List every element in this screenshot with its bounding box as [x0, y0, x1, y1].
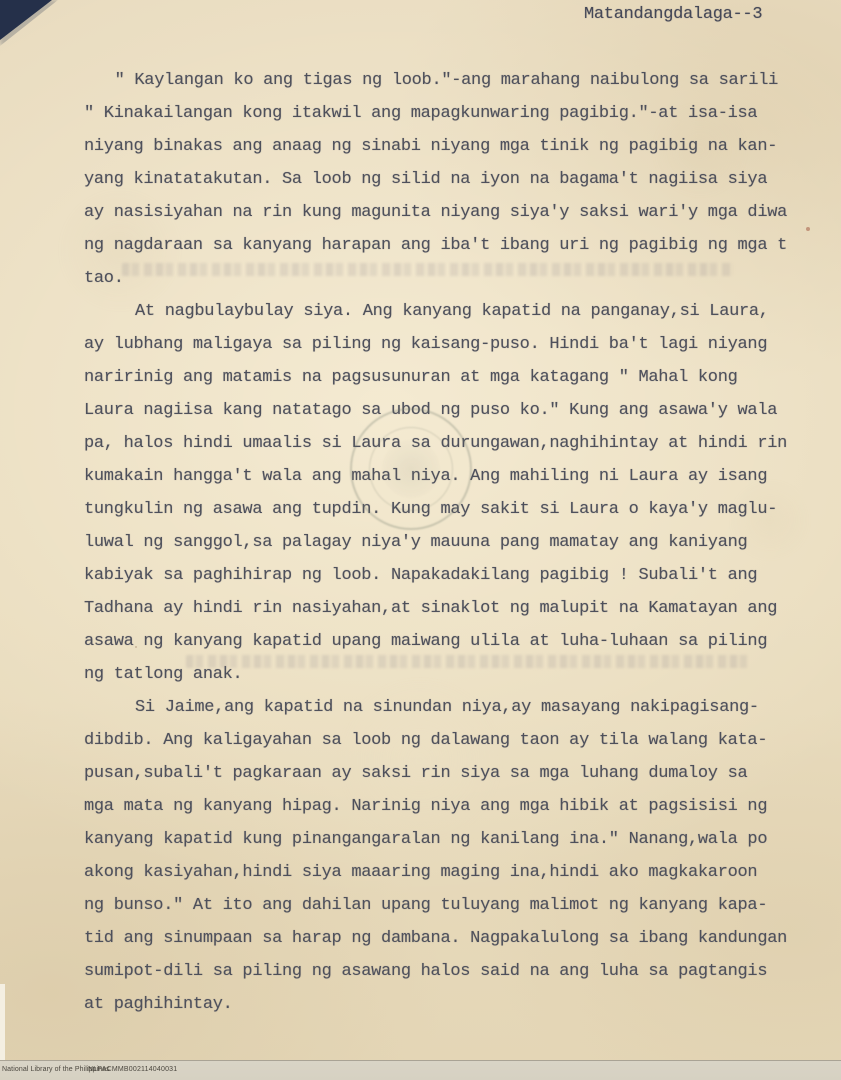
- text-line: akong kasiyahan,hindi siya maaaring magi…: [84, 856, 814, 889]
- text-line: " Kinakailangan kong itakwil ang mapagku…: [84, 97, 814, 130]
- text-line: Tadhana ay hindi rin nasiyahan,at sinakl…: [84, 592, 814, 625]
- page-title: Matandangdalaga--3: [584, 5, 762, 24]
- paper-speck: [806, 227, 810, 231]
- erased-text-line: [186, 655, 752, 668]
- text-line: mga mata ng kanyang hipag. Narinig niya …: [84, 790, 814, 823]
- item-id-label: NLPACMMB002114040031: [88, 1066, 177, 1073]
- text-line: " Kaylangan ko ang tigas ng loob."-ang m…: [84, 64, 814, 97]
- text-line: At nagbulaybulay siya. Ang kanyang kapat…: [84, 295, 814, 328]
- scan-edge-sliver: [0, 984, 5, 1062]
- text-line: ng nagdaraan sa kanyang harapan ang iba'…: [84, 229, 814, 262]
- library-stamp-icon: [350, 408, 472, 530]
- text-line: ng bunso." At ito ang dahilan upang tulu…: [84, 889, 814, 922]
- text-line: kabiyak sa paghihirap ng loob. Napakadak…: [84, 559, 814, 592]
- text-line: tid ang sinumpaan sa harap ng dambana. N…: [84, 922, 814, 955]
- text-line: sumipot-dili sa piling ng asawang halos …: [84, 955, 814, 988]
- paragraph: " Kaylangan ko ang tigas ng loob."-ang m…: [84, 64, 814, 295]
- text-line: asawa ng kanyang kapatid upang maiwang u…: [84, 625, 814, 658]
- typescript-text: " Kaylangan ko ang tigas ng loob."-ang m…: [84, 64, 814, 1021]
- text-line: yang kinatatakutan. Sa loob ng silid na …: [84, 163, 814, 196]
- paragraph: Si Jaime,ang kapatid na sinundan niya,ay…: [84, 691, 814, 1021]
- scanned-typescript-page: { "page": { "header": "Matandangdalaga--…: [0, 0, 841, 1080]
- text-line: kanyang kapatid kung pinangangaralan ng …: [84, 823, 814, 856]
- text-line: at paghihintay.: [84, 988, 814, 1021]
- erased-text-line: [122, 263, 734, 276]
- archive-label-strip: National Library of the Philippines NLPA…: [0, 1060, 841, 1080]
- text-line: dibdib. Ang kaligayahan sa loob ng dalaw…: [84, 724, 814, 757]
- stamp-ink-blot: [382, 440, 440, 498]
- text-line: ay lubhang maligaya sa piling ng kaisang…: [84, 328, 814, 361]
- text-line: luwal ng sanggol,sa palagay niya'y mauun…: [84, 526, 814, 559]
- text-line: ay nasisiyahan na rin kung magunita niya…: [84, 196, 814, 229]
- text-line: niyang binakas ang anaag ng sinabi niyan…: [84, 130, 814, 163]
- text-line: naririnig ang matamis na pagsusunuran at…: [84, 361, 814, 394]
- text-line: pusan,subali't pagkaraan ay saksi rin si…: [84, 757, 814, 790]
- text-line: Si Jaime,ang kapatid na sinundan niya,ay…: [84, 691, 814, 724]
